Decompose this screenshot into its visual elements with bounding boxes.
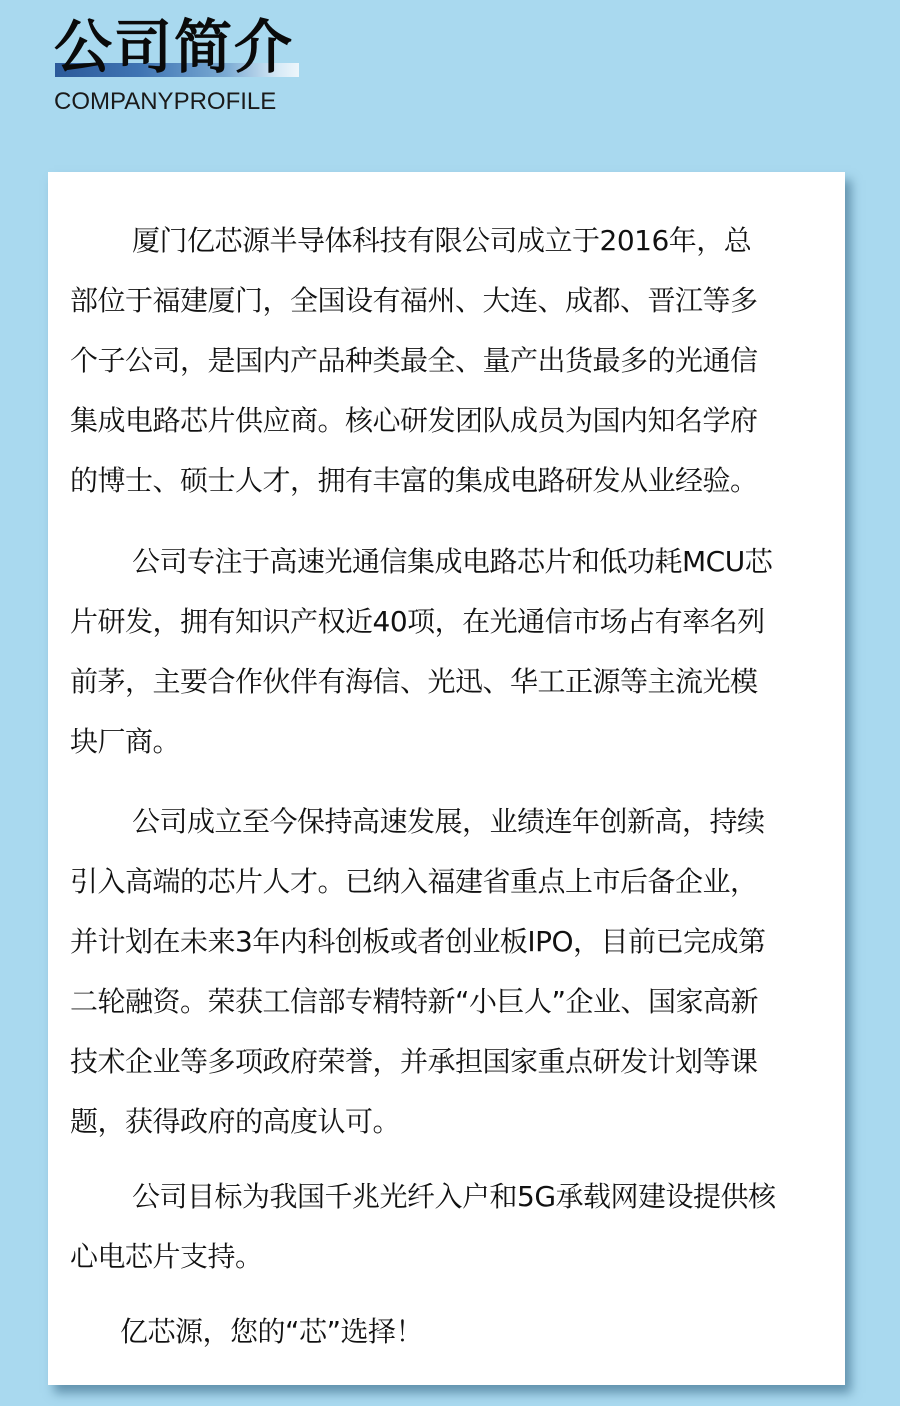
paragraph-1-line-2: 部位于福建厦门，全国设有福州、大连、成都、晋江等多 — [70, 281, 758, 321]
page-subtitle: COMPANYPROFILE — [54, 88, 276, 116]
paragraph-3-line-4: 二轮融资。荣获工信部专精特新“小巨人”企业、国家高新 — [70, 982, 758, 1022]
paragraph-3-line-3: 并计划在未来3年内科创板或者创业板IPO，目前已完成第 — [70, 922, 766, 962]
paragraph-1-line-1: 厦门亿芯源半导体科技有限公司成立于2016年，总 — [132, 221, 751, 261]
paragraph-3-line-5: 技术企业等多项政府荣誉，并承担国家重点研发计划等课 — [70, 1042, 758, 1082]
paragraph-4-line-2: 心电芯片支持。 — [70, 1237, 263, 1277]
paragraph-4-line-1: 公司目标为我国千兆光纤入户和5G承载网建设提供核 — [132, 1177, 776, 1217]
paragraph-2-line-3: 前茅，主要合作伙伴有海信、光迅、华工正源等主流光模 — [70, 662, 758, 702]
paragraph-2-line-1: 公司专注于高速光通信集成电路芯片和低功耗MCU芯 — [132, 542, 772, 582]
paragraph-3-line-6: 题，获得政府的高度认可。 — [70, 1102, 400, 1142]
paragraph-1-line-5: 的博士、硕士人才，拥有丰富的集成电路研发从业经验。 — [70, 461, 758, 501]
paragraph-2-line-2: 片研发，拥有知识产权近40项，在光通信市场占有率名列 — [70, 602, 765, 642]
slogan: 亿芯源，您的“芯”选择！ — [120, 1312, 423, 1352]
paragraph-3-line-2: 引入高端的芯片人才。已纳入福建省重点上市后备企业， — [70, 862, 758, 902]
paragraph-2-line-4: 块厂商。 — [70, 722, 180, 762]
paragraph-1-line-3: 个子公司，是国内产品种类最全、量产出货最多的光通信 — [70, 341, 758, 381]
paragraph-3-line-1: 公司成立至今保持高速发展，业绩连年创新高，持续 — [132, 802, 765, 842]
section-header: 公司简介 COMPANYPROFILE — [54, 14, 314, 124]
company-profile-card: 厦门亿芯源半导体科技有限公司成立于2016年，总 部位于福建厦门，全国设有福州、… — [48, 172, 845, 1385]
paragraph-1-line-4: 集成电路芯片供应商。核心研发团队成员为国内知名学府 — [70, 401, 758, 441]
page-title: 公司简介 — [54, 14, 294, 80]
